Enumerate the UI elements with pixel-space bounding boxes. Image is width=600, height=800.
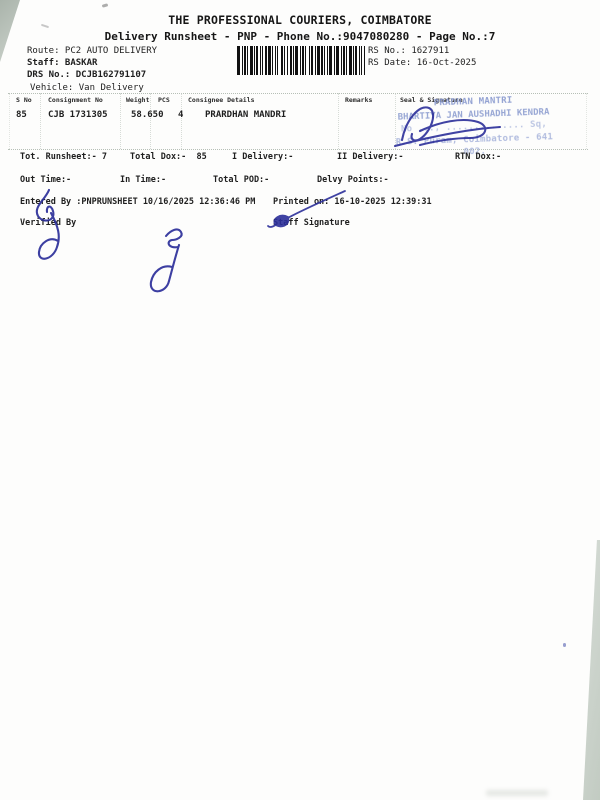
center-signature bbox=[151, 229, 182, 291]
printed-on-text: Printed on: 16-10-2025 12:39:31 bbox=[273, 198, 432, 208]
table-header-remarks: Remarks bbox=[345, 97, 372, 104]
cell-consignment-no: CJB 1731305 bbox=[48, 110, 108, 120]
staff-text: Staff: BASKAR bbox=[27, 58, 97, 68]
table-column-divider bbox=[40, 93, 41, 149]
table-header-consignee-details: Consignee Details bbox=[188, 97, 255, 104]
staff-signature-label: Staff Signature bbox=[273, 219, 350, 229]
scanner-background-bottom-right bbox=[583, 540, 600, 800]
cell-s-no: 85 bbox=[16, 110, 27, 120]
table-column-divider bbox=[9, 93, 10, 149]
total-pod-text: Total POD:- bbox=[213, 176, 269, 186]
table-column-divider bbox=[120, 93, 121, 149]
total-runsheet-text: Tot. Runsheet:- 7 bbox=[20, 153, 107, 163]
page-subtitle: Delivery Runsheet - PNP - Phone No.:9047… bbox=[0, 31, 600, 44]
table-column-divider bbox=[181, 93, 182, 149]
rs-no-text: RS No.: 1627911 bbox=[368, 46, 449, 56]
entered-by-text: Entered By :PNPRUNSHEET 10/16/2025 12:36… bbox=[20, 198, 255, 208]
in-time-text: In Time:- bbox=[120, 176, 166, 186]
table-header-pcs: PCS bbox=[158, 97, 170, 104]
rs-date-text: RS Date: 16-Oct-2025 bbox=[368, 58, 476, 68]
total-dox-text: Total Dox:- 85 bbox=[130, 153, 207, 163]
table-header-s-no: S No bbox=[16, 97, 32, 104]
cell-consignee: PRARDHAN MANDRI bbox=[205, 110, 286, 120]
table-header-consignment-no: Consignment No bbox=[48, 97, 103, 104]
out-time-text: Out Time:- bbox=[20, 176, 71, 186]
table-column-divider bbox=[338, 93, 339, 149]
scanned-runsheet-page: THE PROFESSIONAL COURIERS, COIMBATORE De… bbox=[0, 0, 600, 800]
cell-pcs: 4 bbox=[178, 110, 183, 120]
i-delivery-text: I Delivery:- bbox=[232, 153, 293, 163]
table-header-weight: Weight bbox=[126, 97, 149, 104]
rtn-dox-text: RTN Dox:- bbox=[455, 153, 501, 163]
table-column-divider bbox=[586, 93, 587, 149]
cell-weight: 58.650 bbox=[131, 110, 164, 120]
table-top-border bbox=[8, 93, 588, 94]
route-text: Route: PC2 AUTO DELIVERY bbox=[27, 46, 157, 56]
drs-no-text: DRS No.: DCJB162791107 bbox=[27, 70, 146, 80]
scan-speck bbox=[563, 643, 566, 647]
scan-speck bbox=[102, 3, 109, 7]
verified-by-label: Verified By bbox=[20, 219, 76, 229]
page-title: THE PROFESSIONAL COURIERS, COIMBATORE bbox=[0, 14, 600, 27]
delvy-points-text: Delvy Points:- bbox=[317, 176, 389, 186]
scan-smudge bbox=[486, 790, 548, 796]
table-column-divider bbox=[150, 93, 151, 149]
vehicle-text: Vehicle: Van Delivery bbox=[30, 83, 144, 93]
ii-delivery-text: II Delivery:- bbox=[337, 153, 404, 163]
